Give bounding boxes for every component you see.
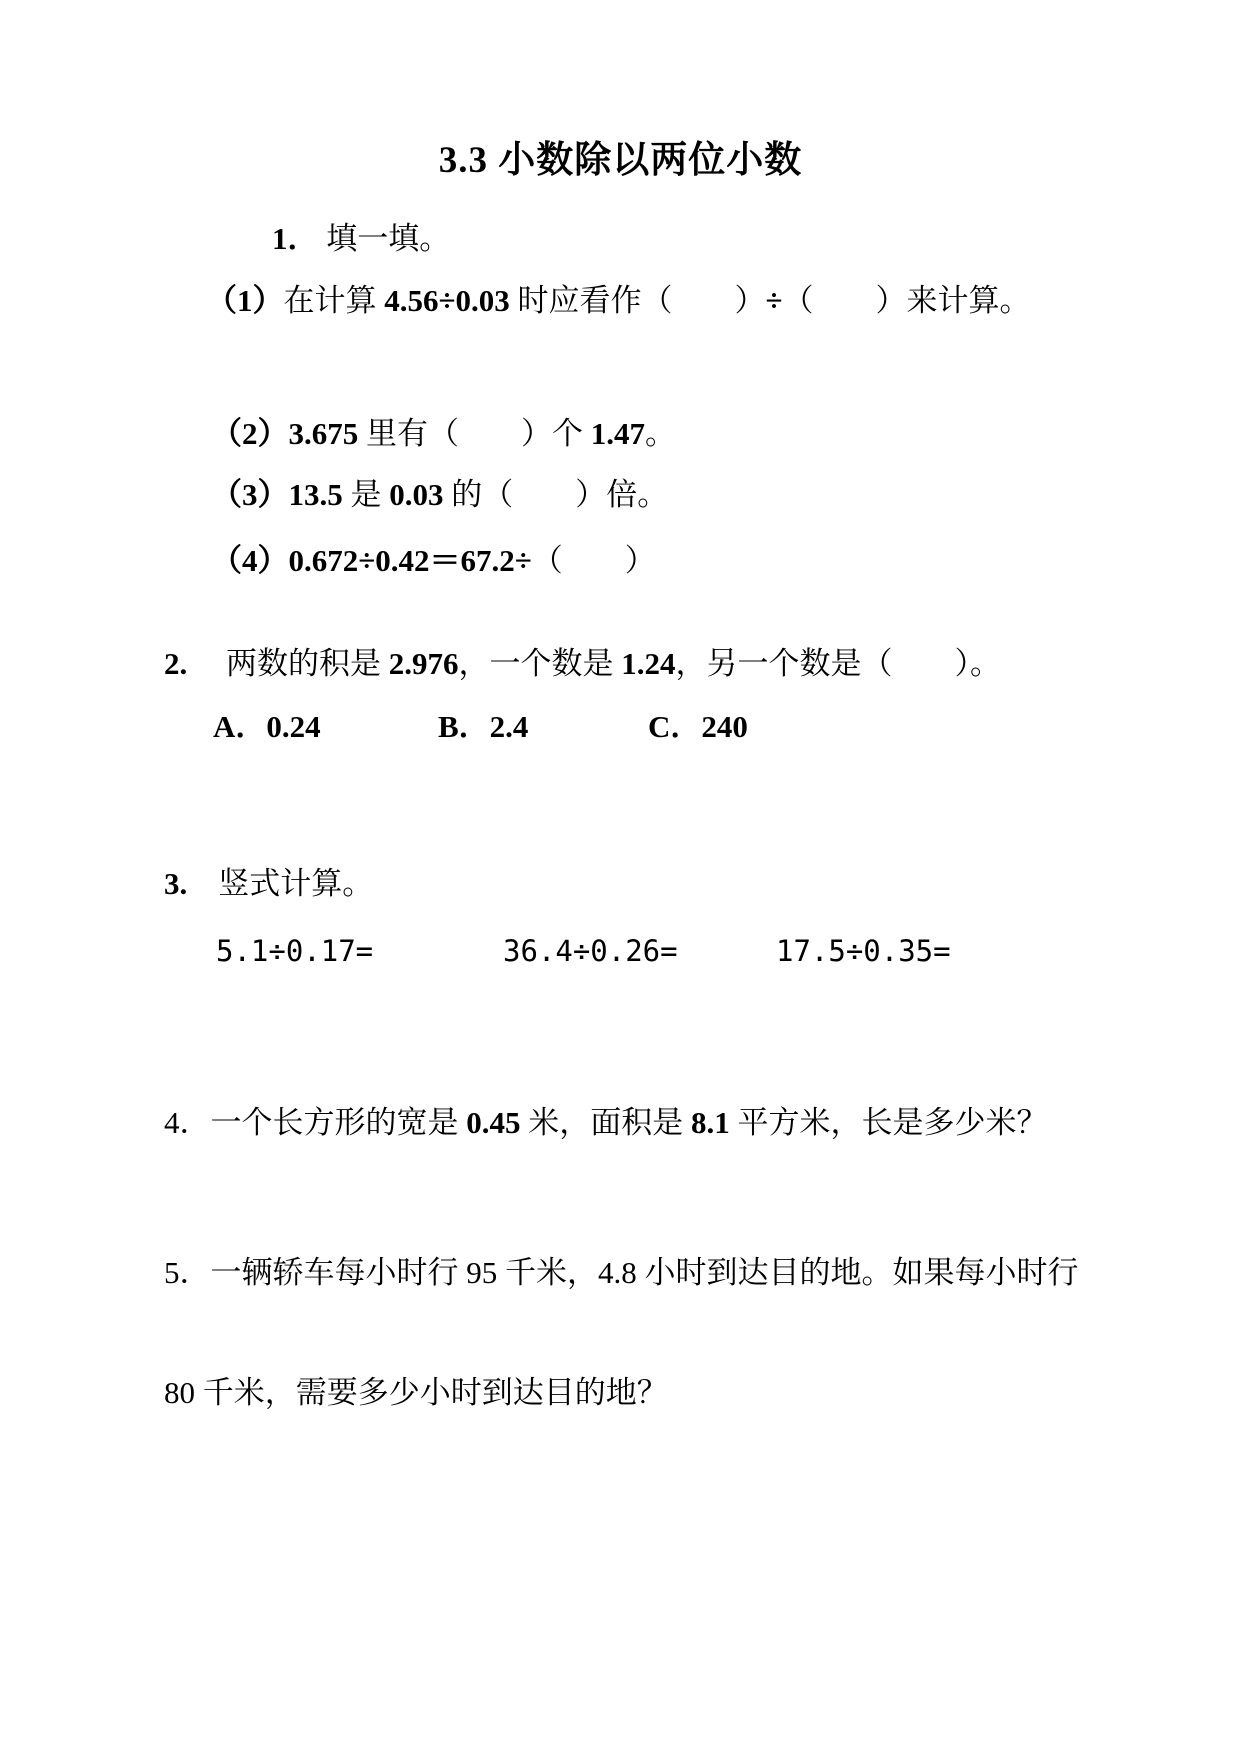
worksheet-page: 3.3 小数除以两位小数 1． 填一填。 （1）在计算 4.56÷0.03 时应… [0, 0, 1241, 1754]
q5-question-line-2: 80 千米，需要多少小时到达目的地？ [164, 1374, 668, 1413]
q1-fill-item-3: （3）13.5 是 0.03 的（ ）倍。 [211, 476, 668, 515]
q2-options-row: A．0.24 B．2.4 C．240 [0, 708, 1241, 748]
q5-question-line-1: 5．一辆轿车每小时行 95 千米，4.8 小时到达目的地。如果每小时行 [164, 1254, 1079, 1293]
q1-fill-item-2: （2）3.675 里有（ ）个 1.47。 [211, 415, 676, 454]
q3-expression-1: 5.1÷0.17= [216, 933, 373, 969]
q3-heading: 3. 竖式计算。 [164, 865, 373, 904]
q3-expression-2: 36.4÷0.26= [503, 933, 678, 969]
q3-expression-3: 17.5÷0.35= [776, 933, 951, 969]
q1-heading: 1． 填一填。 [272, 220, 450, 259]
q2-option-a: A．0.24 [213, 708, 321, 747]
q2-question: 2. 两数的积是 2.976，一个数是 1.24，另一个数是（ ）。 [164, 645, 1001, 684]
q1-fill-item-1: （1）在计算 4.56÷0.03 时应看作（ ）÷（ ）来计算。 [206, 282, 1031, 321]
q3-expressions-row: 5.1÷0.17= 36.4÷0.26= 17.5÷0.35= [0, 933, 1241, 975]
q4-question: 4．一个长方形的宽是 0.45 米，面积是 8.1 平方米，长是多少米？ [164, 1104, 1048, 1143]
q1-fill-item-4: （4）0.672÷0.42＝67.2÷（ ） [211, 542, 656, 581]
worksheet-title: 3.3 小数除以两位小数 [0, 138, 1241, 184]
q2-option-b: B．2.4 [438, 708, 528, 747]
q2-option-c: C．240 [648, 708, 748, 747]
